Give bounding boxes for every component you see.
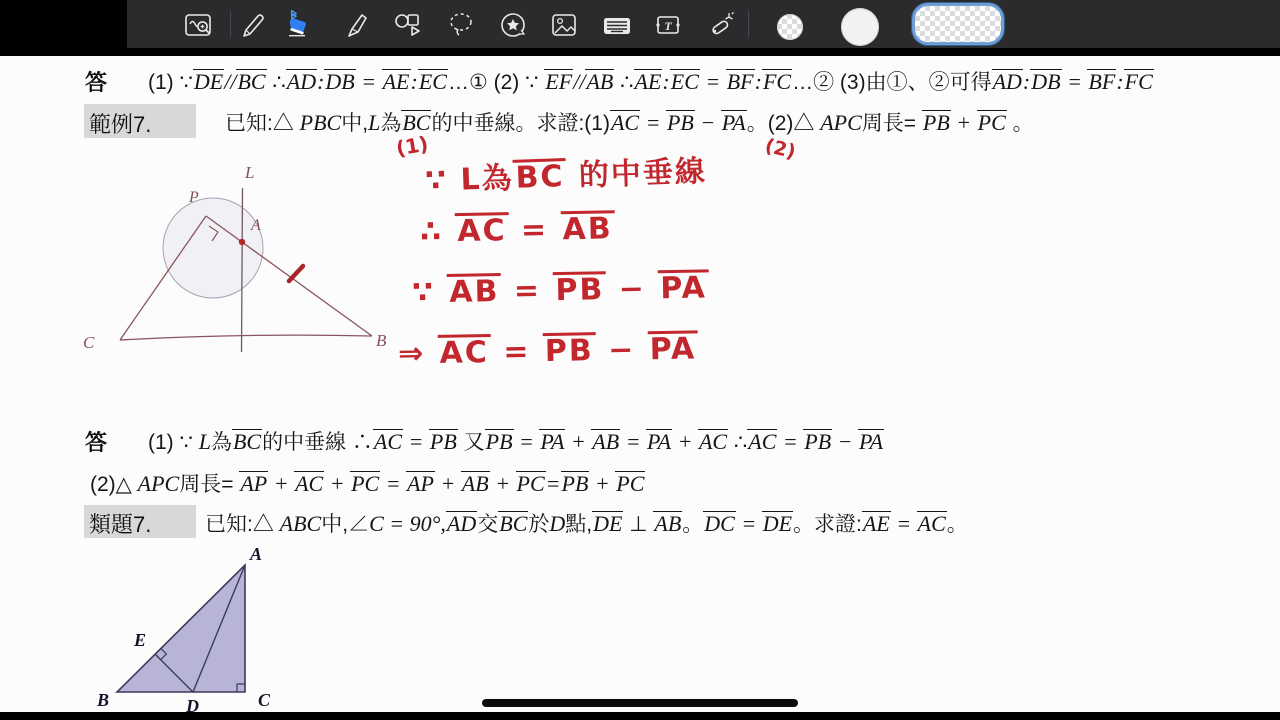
diagram2-label-C: C: [258, 690, 271, 710]
handwriting-side-mark: (2): [763, 135, 798, 164]
answer6-label: 答: [85, 66, 107, 97]
diagram2-triangle: [117, 565, 245, 692]
laser-pointer-icon: [706, 10, 738, 40]
diagram1-label-B: B: [376, 331, 387, 350]
bottom-screen-strip: [0, 712, 1280, 720]
text-icon: T: [652, 10, 684, 40]
answer7-line2: (2)△ APC周長= AP + AC + PC = AP + AB + PC=…: [90, 468, 1280, 498]
diagram2-label-A: A: [249, 544, 262, 564]
pen-tool-button[interactable]: [236, 9, 268, 41]
toolbar: T: [0, 0, 1280, 48]
eraser-tool-button[interactable]: [281, 9, 313, 41]
diagram1-label-C: C: [83, 333, 95, 352]
home-indicator[interactable]: [482, 699, 798, 707]
lasso-icon: [446, 10, 476, 40]
eraser-option-wide-selected[interactable]: [912, 3, 1004, 45]
eraser-option-medium[interactable]: [841, 8, 879, 46]
diagram2-label-E: E: [133, 630, 146, 650]
shapes-icon: [392, 10, 424, 40]
answer7-label: 答: [85, 426, 107, 457]
svg-text:T: T: [664, 19, 672, 33]
variant7-text: 已知:△ ABC中,∠C = 90°,AD交BC於D點,DE ⊥ AB。DC =…: [205, 508, 1280, 538]
toolbar-divider: [748, 11, 749, 37]
variant7-badge-text: 類題7.: [89, 508, 151, 539]
answer6-text: (1) ∵DE//BC ∴AD:DB = AE:EC…① (2) ∵ EF//A…: [148, 66, 1280, 96]
handwriting-line-2: ∴ AC = AB: [420, 210, 615, 249]
bluetooth-icon: [292, 11, 296, 19]
stickers-tool-button[interactable]: [497, 9, 529, 41]
diagram1-label-L: L: [244, 163, 254, 182]
pen-icon: [237, 10, 267, 40]
screen-corner-mask: [0, 0, 127, 56]
image-tool-button[interactable]: [548, 9, 580, 41]
zoom-window-icon: [183, 10, 213, 40]
example7-text: 已知:△ PBC中,L為BC的中垂線。求證:(1)AC = PB − PA。(2…: [225, 107, 1280, 137]
diagram1-circle: [163, 198, 263, 298]
laser-pointer-tool-button[interactable]: [706, 9, 738, 41]
example7-diagram: L P A C B: [75, 160, 395, 370]
eraser-icon-selected: [281, 8, 313, 42]
diagram1-label-P: P: [188, 189, 199, 206]
text-tool-button[interactable]: T: [652, 9, 684, 41]
shapes-tool-button[interactable]: [392, 9, 424, 41]
highlighter-tool-button[interactable]: [340, 9, 372, 41]
zoom-window-tool-button[interactable]: [182, 9, 214, 41]
answer7-line1: (1) ∵ L為BC的中垂線 ∴AC = PB 又PB = PA + AB = …: [148, 426, 1280, 456]
variant7-diagram: A E B D C: [90, 540, 310, 720]
diagram1-side-CB: [120, 335, 372, 340]
handwriting-line-4: ⇒ AC = PB − PA: [398, 330, 699, 371]
example7-badge-text: 範例7.: [89, 108, 151, 139]
lasso-tool-button[interactable]: [445, 9, 477, 41]
handwriting-line-3: ∵ AB = PB − PA: [412, 269, 709, 310]
eraser-option-small[interactable]: [777, 14, 803, 40]
image-icon: [549, 10, 579, 40]
diagram1-tick-mark: [289, 266, 303, 281]
diagram1-point-A-dot: [239, 239, 245, 245]
toolbar-shadow: [0, 48, 1280, 56]
diagram1-label-A: A: [250, 217, 261, 234]
keyboard-icon: [601, 10, 633, 40]
sticker-star-icon: [498, 10, 528, 40]
highlighter-icon: [341, 10, 371, 40]
toolbar-divider: [230, 11, 231, 37]
handwriting-line-1: ∵ L為BC 的中垂線: [424, 146, 707, 200]
diagram2-label-B: B: [96, 690, 109, 710]
keyboard-tool-button[interactable]: [601, 9, 633, 41]
